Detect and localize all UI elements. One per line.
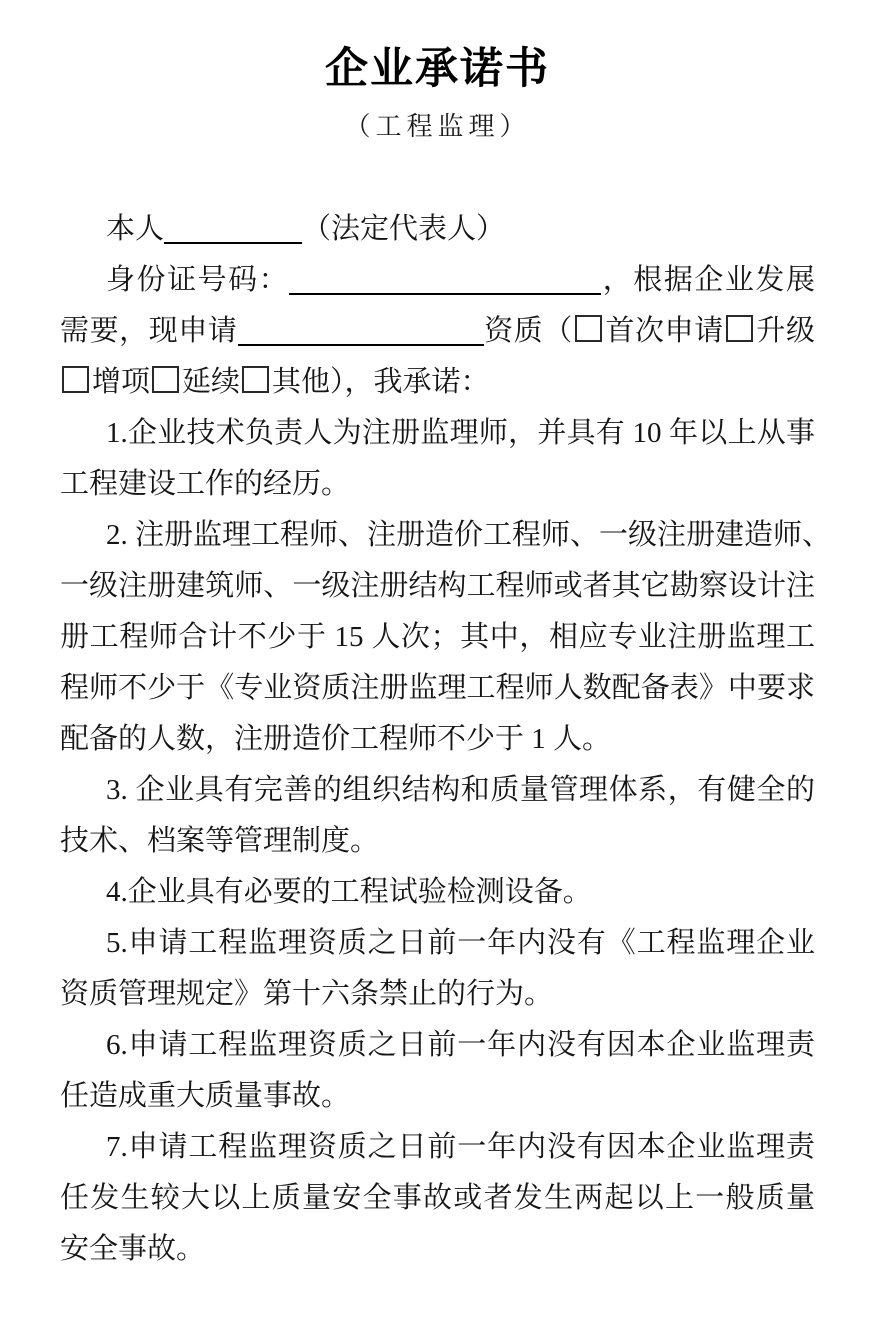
commitment-line: 配备的人数，注册造价工程师不少于 1 人。 [60, 714, 815, 765]
commitment-line: 资质管理规定》第十六条禁止的行为。 [60, 969, 815, 1020]
option-first-application-label: 首次申请 [605, 315, 724, 347]
commitment-line: 2. 注册监理工程师、注册造价工程师、一级注册建造师、 [60, 510, 815, 561]
id-number-suffix: ，根据企业发展 [601, 264, 815, 296]
checkbox-first-application[interactable] [575, 315, 602, 342]
promise-suffix: ），我承诺： [330, 366, 490, 398]
option-other-label: 其他 [272, 366, 330, 398]
option-addition-label: 增项 [92, 366, 150, 398]
qualification-apply-line: 需要，现申请资质（首次申请升级 [60, 306, 815, 357]
id-number-line: 身份证号码：，根据企业发展 [60, 255, 815, 306]
legal-rep-label: 本人 [106, 213, 164, 245]
checkbox-other[interactable] [242, 366, 269, 393]
commitment-line: 程师不少于《专业资质注册监理工程师人数配备表》中要求 [60, 663, 815, 714]
commitment-line: 5.申请工程监理资质之日前一年内没有《工程监理企业 [60, 918, 815, 969]
legal-representative-line: 本人（法定代表人） [60, 204, 815, 255]
option-renewal-label: 延续 [182, 366, 240, 398]
checkbox-addition[interactable] [62, 366, 89, 393]
document-page: 企业承诺书 （工程监理） 本人（法定代表人） 身份证号码：，根据企业发展 需要，… [0, 0, 875, 1323]
document-subtitle: （工程监理） [0, 110, 875, 144]
checkbox-upgrade[interactable] [726, 315, 753, 342]
commitment-line: 3. 企业具有完善的组织结构和质量管理体系，有健全的 [60, 765, 815, 816]
id-number-label: 身份证号码： [106, 264, 289, 296]
document-body: 本人（法定代表人） 身份证号码：，根据企业发展 需要，现申请资质（首次申请升级 … [60, 204, 815, 1275]
legal-rep-suffix: （法定代表人） [302, 213, 505, 245]
apply-prefix: 需要，现申请 [60, 315, 238, 347]
option-upgrade-label: 升级 [756, 315, 815, 347]
apply-mid: 资质（ [484, 315, 573, 347]
document-title: 企业承诺书 [0, 44, 875, 96]
commitment-line: 4.企业具有必要的工程试验检测设备。 [60, 867, 815, 918]
commitment-line: 任造成重大质量事故。 [60, 1071, 815, 1122]
legal-rep-name-blank-field[interactable] [164, 212, 302, 244]
commitment-line: 技术、档案等管理制度。 [60, 816, 815, 867]
commitment-line: 1.企业技术负责人为注册监理师，并具有 10 年以上从事 [60, 408, 815, 459]
commitment-line: 册工程师合计不少于 15 人次；其中，相应专业注册监理工 [60, 612, 815, 663]
commitment-line: 7.申请工程监理资质之日前一年内没有因本企业监理责 [60, 1122, 815, 1173]
checkbox-renewal[interactable] [152, 366, 179, 393]
id-number-blank-field[interactable] [289, 263, 601, 295]
commitment-line: 工程建设工作的经历。 [60, 459, 815, 510]
commitment-line: 一级注册建筑师、一级注册结构工程师或者其它勘察设计注 [60, 561, 815, 612]
commitment-line: 安全事故。 [60, 1224, 815, 1275]
qualification-blank-field[interactable] [238, 314, 484, 346]
commitment-line: 6.申请工程监理资质之日前一年内没有因本企业监理责 [60, 1020, 815, 1071]
qualification-options-line: 增项延续其他），我承诺： [60, 357, 815, 408]
commitment-line: 任发生较大以上质量安全事故或者发生两起以上一般质量 [60, 1173, 815, 1224]
